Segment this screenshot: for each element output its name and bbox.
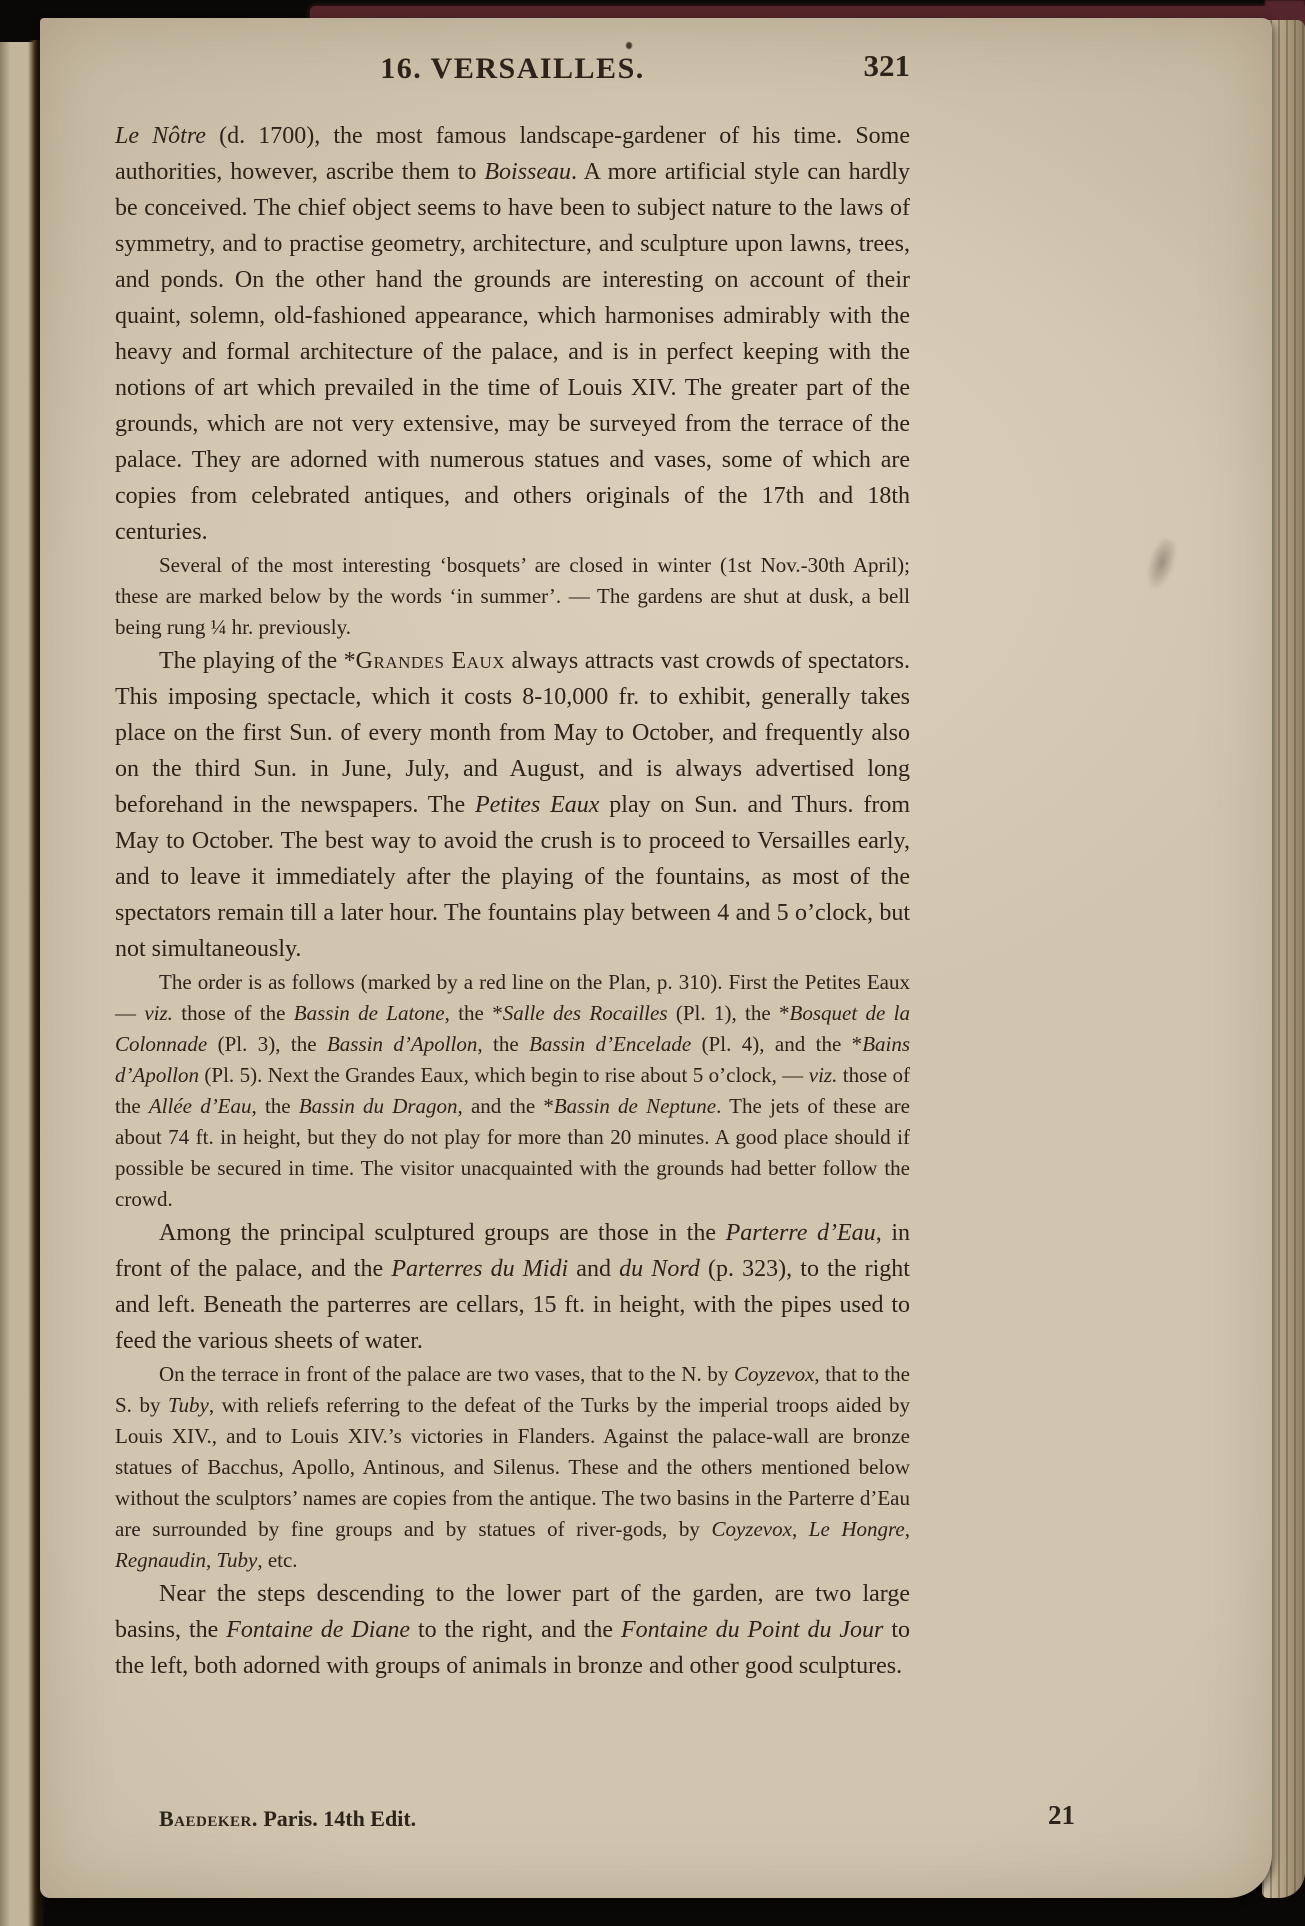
page-header: 16. VERSAILLES. 321 — [115, 52, 910, 96]
text-segment: Among the principal sculptured groups ar… — [159, 1220, 726, 1246]
page-number: 321 — [864, 48, 911, 84]
text-segment: (Pl. 5). Next the Grandes Eaux, which be… — [199, 1063, 809, 1087]
text-segment: and — [568, 1256, 619, 1282]
publisher-imprint: Baedeker. Paris. 14th Edit. — [159, 1806, 416, 1832]
signature-number: 21 — [1048, 1800, 1075, 1831]
text-segment: (Pl. 4), and the * — [691, 1032, 862, 1056]
text-segment: viz. — [144, 1001, 173, 1025]
text-segment: Bassin d’Encelade — [529, 1032, 691, 1056]
text-segment: , the — [477, 1032, 529, 1056]
page-footer: Baedeker. Paris. 14th Edit. 21 — [115, 1800, 1075, 1840]
text-segment: Regnaudin — [115, 1548, 206, 1572]
book-scan: 16. VERSAILLES. 321 Le Nôtre (d. 1700), … — [0, 0, 1305, 1926]
text-segment: Le Hongre — [809, 1517, 905, 1541]
text-segment: Tuby — [168, 1393, 209, 1417]
body-text: Le Nôtre (d. 1700), the most famous land… — [115, 118, 910, 1684]
text-segment: Allée d’Eau — [149, 1094, 252, 1118]
text-segment: Coyzevox — [711, 1517, 791, 1541]
text-segment: Several of the most interesting ‘bosquet… — [115, 553, 910, 639]
text-segment: (Pl. 1), the * — [668, 1001, 790, 1025]
text-segment: , — [905, 1517, 910, 1541]
text-segment: On the terrace in front of the palace ar… — [159, 1362, 734, 1386]
text-segment: Salle des Rocailles — [503, 1001, 668, 1025]
text-segment: Tuby — [216, 1548, 257, 1572]
text-segment: Paris. 14th Edit. — [258, 1806, 416, 1831]
text-segment: Parterres du Midi — [391, 1256, 568, 1282]
text-segment: Petites Eaux — [475, 792, 599, 818]
text-segment: to the right, and the — [410, 1617, 621, 1643]
text-segment: , — [792, 1517, 809, 1541]
ink-dot — [626, 42, 632, 49]
text-segment: , the * — [445, 1001, 503, 1025]
text-segment: Grandes Eaux — [356, 648, 505, 674]
paragraph: Le Nôtre (d. 1700), the most famous land… — [115, 118, 910, 550]
text-segment: Bassin de Latone — [294, 1001, 445, 1025]
section-title: 16. VERSAILLES. — [115, 52, 910, 86]
text-segment: Le Nôtre — [115, 123, 206, 149]
text-segment: du Nord — [619, 1256, 700, 1282]
text-segment: Fontaine de Diane — [226, 1617, 410, 1643]
paragraph: Near the steps descending to the lower p… — [115, 1576, 910, 1684]
text-segment: . A more artificial style can hardly be … — [115, 159, 910, 545]
text-segment: (Pl. 3), the — [207, 1032, 327, 1056]
text-segment: Bassin du Dragon — [299, 1094, 458, 1118]
paragraph: The playing of the *Grandes Eaux always … — [115, 643, 910, 967]
text-segment: Boisseau — [484, 159, 571, 185]
text-segment: Fontaine du Point du Jour — [621, 1617, 883, 1643]
paragraph: Among the principal sculptured groups ar… — [115, 1215, 910, 1359]
text-segment: Bassin de Neptune — [554, 1094, 716, 1118]
text-segment: viz. — [809, 1063, 838, 1087]
text-segment: those of the — [173, 1001, 294, 1025]
text-segment: Bassin d’Apollon — [327, 1032, 477, 1056]
text-segment: , and the * — [458, 1094, 554, 1118]
text-segment: , — [206, 1548, 217, 1572]
text-segment: , the — [252, 1094, 299, 1118]
book-page: 16. VERSAILLES. 321 Le Nôtre (d. 1700), … — [40, 18, 1272, 1898]
paragraph: On the terrace in front of the palace ar… — [115, 1359, 910, 1576]
text-segment: Baedeker. — [159, 1806, 258, 1831]
text-segment: Parterre d’Eau — [726, 1220, 876, 1246]
text-segment: The playing of the * — [159, 648, 356, 674]
text-segment: , etc. — [257, 1548, 297, 1572]
paragraph: The order is as follows (marked by a red… — [115, 967, 910, 1215]
text-segment: Coyzevox — [734, 1362, 814, 1386]
paragraph: Several of the most interesting ‘bosquet… — [115, 550, 910, 643]
